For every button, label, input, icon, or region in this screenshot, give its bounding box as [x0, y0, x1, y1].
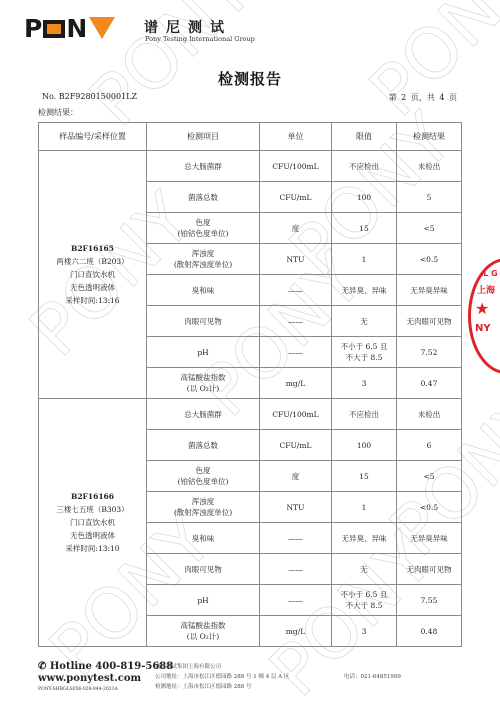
- result-cell: <0.5: [397, 244, 462, 275]
- limit-cell: 无: [332, 554, 397, 585]
- test-item-cell: 色度(铂钴色度单位): [147, 461, 260, 492]
- logo-letter-n: N: [66, 16, 87, 42]
- unit-cell-text: 度: [262, 471, 329, 482]
- table-row: B2F16166三楼七五班（B303）门口直饮水机无色透明液体采样时间:13:1…: [39, 399, 462, 430]
- test-item-cell-subtext: (散射浑浊度单位): [149, 259, 257, 270]
- test-item-cell-subtext: (以 O₂计): [149, 383, 257, 394]
- test-item-cell-text: 高锰酸盐指数: [149, 620, 257, 631]
- limit-cell-text: 100: [334, 192, 394, 203]
- limit-cell-text: 无: [334, 564, 394, 575]
- test-item-cell-subtext: (铂钴色度单位): [149, 476, 257, 487]
- logo-orange-o-icon: [43, 20, 65, 38]
- limit-cell: 3: [332, 368, 397, 399]
- stamp-text-3: NY: [475, 323, 491, 334]
- test-item-cell-text: 臭和味: [149, 285, 257, 296]
- footer-company-name: 谱尼测试集团上海有限公司: [155, 662, 289, 672]
- test-item-cell: 总大肠菌群: [147, 151, 260, 182]
- unit-cell: NTU: [260, 492, 332, 523]
- result-cell-text: 7.52: [399, 347, 459, 358]
- limit-cell-text: 不应检出: [334, 409, 394, 420]
- sample-appearance: 无色透明液体: [41, 529, 144, 542]
- result-cell: 0.47: [397, 368, 462, 399]
- result-cell: 0.48: [397, 616, 462, 647]
- test-item-cell: 高锰酸盐指数(以 O₂计): [147, 616, 260, 647]
- limit-cell: 15: [332, 213, 397, 244]
- test-item-cell-subtext: (以 O₂计): [149, 631, 257, 642]
- limit-cell-text: 15: [334, 471, 394, 482]
- limit-cell-text: 1: [334, 254, 394, 265]
- header-item: 检测项目: [147, 123, 260, 151]
- stamp-text-2: 上海: [477, 283, 495, 296]
- header-unit: 单位: [260, 123, 332, 151]
- limit-cell-text: 3: [334, 378, 394, 389]
- result-cell-text: <5: [399, 223, 459, 234]
- unit-cell: CFU/100mL: [260, 399, 332, 430]
- footer-doc-code: PONY-SHBGLS056-028-044-2021A: [38, 687, 118, 692]
- result-cell-text: 无异臭异味: [399, 533, 459, 544]
- test-item-cell: 菌落总数: [147, 182, 260, 213]
- result-cell: 6: [397, 430, 462, 461]
- result-cell: <5: [397, 461, 462, 492]
- sample-location: 三楼七五班（B303）: [41, 503, 144, 516]
- test-item-cell-text: 总大肠菌群: [149, 409, 257, 420]
- unit-cell-text: mg/L: [262, 378, 329, 389]
- sample-spot: 门口直饮水机: [41, 516, 144, 529]
- unit-cell: mg/L: [260, 616, 332, 647]
- result-cell-text: 7.55: [399, 595, 459, 606]
- unit-cell-text: NTU: [262, 254, 329, 265]
- limit-cell-text: 100: [334, 440, 394, 451]
- unit-cell: ——: [260, 585, 332, 616]
- test-item-cell: 浑浊度(散射浑浊度单位): [147, 244, 260, 275]
- test-item-cell-text: 色度: [149, 465, 257, 476]
- unit-cell-text: ——: [262, 347, 329, 358]
- test-item-cell-text: pH: [149, 347, 257, 358]
- stamp-text-1: AL G: [477, 269, 498, 278]
- test-item-cell-text: pH: [149, 595, 257, 606]
- unit-cell: CFU/mL: [260, 430, 332, 461]
- result-cell-text: 未检出: [399, 161, 459, 172]
- limit-cell-text: 不小于 6.5 且: [334, 341, 394, 352]
- result-cell: 无异臭异味: [397, 523, 462, 554]
- test-item-cell-text: 高锰酸盐指数: [149, 372, 257, 383]
- result-cell: 无肉眼可见物: [397, 554, 462, 585]
- test-item-cell: 臭和味: [147, 523, 260, 554]
- header-result: 检测结果: [397, 123, 462, 151]
- unit-cell-text: mg/L: [262, 626, 329, 637]
- result-cell-text: 无异臭异味: [399, 285, 459, 296]
- limit-cell: 1: [332, 492, 397, 523]
- test-item-cell: 色度(铂钴色度单位): [147, 213, 260, 244]
- unit-cell: CFU/mL: [260, 182, 332, 213]
- result-cell: 未检出: [397, 151, 462, 182]
- limit-cell: 无异臭、异味: [332, 275, 397, 306]
- footer-company-address: 公司地址：上海市松江区德园路 288 号 1 幢 4 层 A 区: [155, 672, 289, 682]
- result-cell: <5: [397, 213, 462, 244]
- result-cell-text: <0.5: [399, 254, 459, 265]
- limit-cell-text: 无: [334, 316, 394, 327]
- limit-cell-text: 15: [334, 223, 394, 234]
- result-cell-text: 无肉眼可见物: [399, 564, 459, 575]
- test-item-cell: 总大肠菌群: [147, 399, 260, 430]
- logo-orange-y-icon: [89, 17, 115, 39]
- report-number: No. B2F9280150001LZ: [42, 92, 137, 101]
- logo-wordmark: P N: [24, 16, 115, 42]
- test-item-cell-text: 菌落总数: [149, 440, 257, 451]
- test-item-cell-text: 菌落总数: [149, 192, 257, 203]
- sample-sampling-time: 采样时间:13:16: [41, 294, 144, 307]
- limit-cell: 不应检出: [332, 151, 397, 182]
- result-cell: 未检出: [397, 399, 462, 430]
- limit-cell: 100: [332, 182, 397, 213]
- limit-cell-text: 3: [334, 626, 394, 637]
- table-header-row: 样品编号/采样位置 检测项目 单位 限值 检测结果: [39, 123, 462, 151]
- limit-cell: 100: [332, 430, 397, 461]
- report-title: 检测报告: [0, 68, 500, 89]
- limit-cell: 1: [332, 244, 397, 275]
- result-cell-text: 0.47: [399, 378, 459, 389]
- table-row: B2F16165两楼六二班（B203）门口直饮水机无色透明液体采样时间:13:1…: [39, 151, 462, 182]
- unit-cell-text: CFU/mL: [262, 192, 329, 203]
- pony-logo: P N 谱尼测试 Pony Testing International Grou…: [24, 16, 115, 42]
- header-limit: 限值: [332, 123, 397, 151]
- unit-cell-text: 度: [262, 223, 329, 234]
- official-seal-stamp: AL G 上海 ★ NY: [468, 258, 500, 374]
- unit-cell: 度: [260, 213, 332, 244]
- test-item-cell-subtext: (散射浑浊度单位): [149, 507, 257, 518]
- limit-cell-subtext: 不大于 8.5: [334, 352, 394, 363]
- result-cell-text: 6: [399, 440, 459, 451]
- test-item-cell-subtext: (铂钴色度单位): [149, 228, 257, 239]
- limit-cell: 3: [332, 616, 397, 647]
- test-item-cell-text: 总大肠菌群: [149, 161, 257, 172]
- svg-text:PONY: PONY: [354, 0, 500, 132]
- test-item-cell: 肉眼可见物: [147, 306, 260, 337]
- result-cell-text: <0.5: [399, 502, 459, 513]
- result-cell: <0.5: [397, 492, 462, 523]
- unit-cell-text: ——: [262, 564, 329, 575]
- unit-cell: CFU/100mL: [260, 151, 332, 182]
- sample-id: B2F16166: [41, 490, 144, 503]
- unit-cell-text: NTU: [262, 502, 329, 513]
- footer-phone: 电话：021-64851999: [344, 672, 401, 680]
- unit-cell: ——: [260, 275, 332, 306]
- sample-id: B2F16165: [41, 242, 144, 255]
- unit-cell-text: ——: [262, 316, 329, 327]
- result-cell: 7.55: [397, 585, 462, 616]
- unit-cell-text: ——: [262, 595, 329, 606]
- limit-cell-text: 无异臭、异味: [334, 285, 394, 296]
- footer-lab-address: 检测地址：上海市松江区德园路 288 号: [155, 682, 289, 692]
- sample-info-cell: B2F16166三楼七五班（B303）门口直饮水机无色透明液体采样时间:13:1…: [39, 399, 147, 647]
- test-item-cell-text: 肉眼可见物: [149, 316, 257, 327]
- limit-cell-text: 1: [334, 502, 394, 513]
- test-item-cell: 菌落总数: [147, 430, 260, 461]
- unit-cell: ——: [260, 337, 332, 368]
- test-item-cell-text: 色度: [149, 217, 257, 228]
- logo-letter-p: P: [24, 16, 42, 42]
- sample-sampling-time: 采样时间:13:10: [41, 542, 144, 555]
- sample-info-cell: B2F16165两楼六二班（B203）门口直饮水机无色透明液体采样时间:13:1…: [39, 151, 147, 399]
- test-item-cell-text: 臭和味: [149, 533, 257, 544]
- test-item-cell-text: 浑浊度: [149, 496, 257, 507]
- results-table: 样品编号/采样位置 检测项目 单位 限值 检测结果 B2F16165两楼六二班（…: [38, 122, 462, 647]
- result-cell-text: <5: [399, 471, 459, 482]
- header-sample: 样品编号/采样位置: [39, 123, 147, 151]
- unit-cell: ——: [260, 523, 332, 554]
- limit-cell: 15: [332, 461, 397, 492]
- unit-cell: ——: [260, 554, 332, 585]
- result-cell-text: 5: [399, 192, 459, 203]
- test-item-cell: 肉眼可见物: [147, 554, 260, 585]
- stamp-star-icon: ★: [475, 299, 489, 318]
- page-indicator: 第 2 页，共 4 页: [389, 92, 457, 103]
- footer-website-link[interactable]: www.ponytest.com: [38, 673, 141, 684]
- limit-cell: 不小于 6.5 且不大于 8.5: [332, 585, 397, 616]
- limit-cell: 无异臭、异味: [332, 523, 397, 554]
- unit-cell: 度: [260, 461, 332, 492]
- footer-hotline: ✆ Hotline 400-819-5688: [38, 661, 173, 672]
- result-cell: 无异臭异味: [397, 275, 462, 306]
- limit-cell: 不应检出: [332, 399, 397, 430]
- logo-chinese-name: 谱尼测试: [144, 17, 232, 37]
- result-cell-text: 未检出: [399, 409, 459, 420]
- unit-cell-text: ——: [262, 533, 329, 544]
- test-item-cell: pH: [147, 337, 260, 368]
- limit-cell-text: 无异臭、异味: [334, 533, 394, 544]
- test-item-cell: 高锰酸盐指数(以 O₂计): [147, 368, 260, 399]
- result-cell: 无肉眼可见物: [397, 306, 462, 337]
- logo-english-name: Pony Testing International Group: [145, 35, 255, 43]
- unit-cell-text: CFU/100mL: [262, 161, 329, 172]
- test-item-cell-text: 浑浊度: [149, 248, 257, 259]
- footer-company-info: 谱尼测试集团上海有限公司 公司地址：上海市松江区德园路 288 号 1 幢 4 …: [155, 662, 289, 692]
- limit-cell-subtext: 不大于 8.5: [334, 600, 394, 611]
- limit-cell: 无: [332, 306, 397, 337]
- unit-cell-text: CFU/mL: [262, 440, 329, 451]
- result-cell: 7.52: [397, 337, 462, 368]
- sample-location: 两楼六二班（B203）: [41, 255, 144, 268]
- unit-cell-text: ——: [262, 285, 329, 296]
- result-cell-text: 无肉眼可见物: [399, 316, 459, 327]
- test-item-cell: 浑浊度(散射浑浊度单位): [147, 492, 260, 523]
- limit-cell-text: 不应检出: [334, 161, 394, 172]
- test-item-cell: 臭和味: [147, 275, 260, 306]
- result-cell: 5: [397, 182, 462, 213]
- sample-spot: 门口直饮水机: [41, 268, 144, 281]
- test-item-cell: pH: [147, 585, 260, 616]
- sample-appearance: 无色透明液体: [41, 281, 144, 294]
- unit-cell: ——: [260, 306, 332, 337]
- test-item-cell-text: 肉眼可见物: [149, 564, 257, 575]
- results-label: 检测结果：: [38, 107, 78, 118]
- unit-cell-text: CFU/100mL: [262, 409, 329, 420]
- result-cell-text: 0.48: [399, 626, 459, 637]
- unit-cell: NTU: [260, 244, 332, 275]
- limit-cell-text: 不小于 6.5 且: [334, 589, 394, 600]
- unit-cell: mg/L: [260, 368, 332, 399]
- limit-cell: 不小于 6.5 且不大于 8.5: [332, 337, 397, 368]
